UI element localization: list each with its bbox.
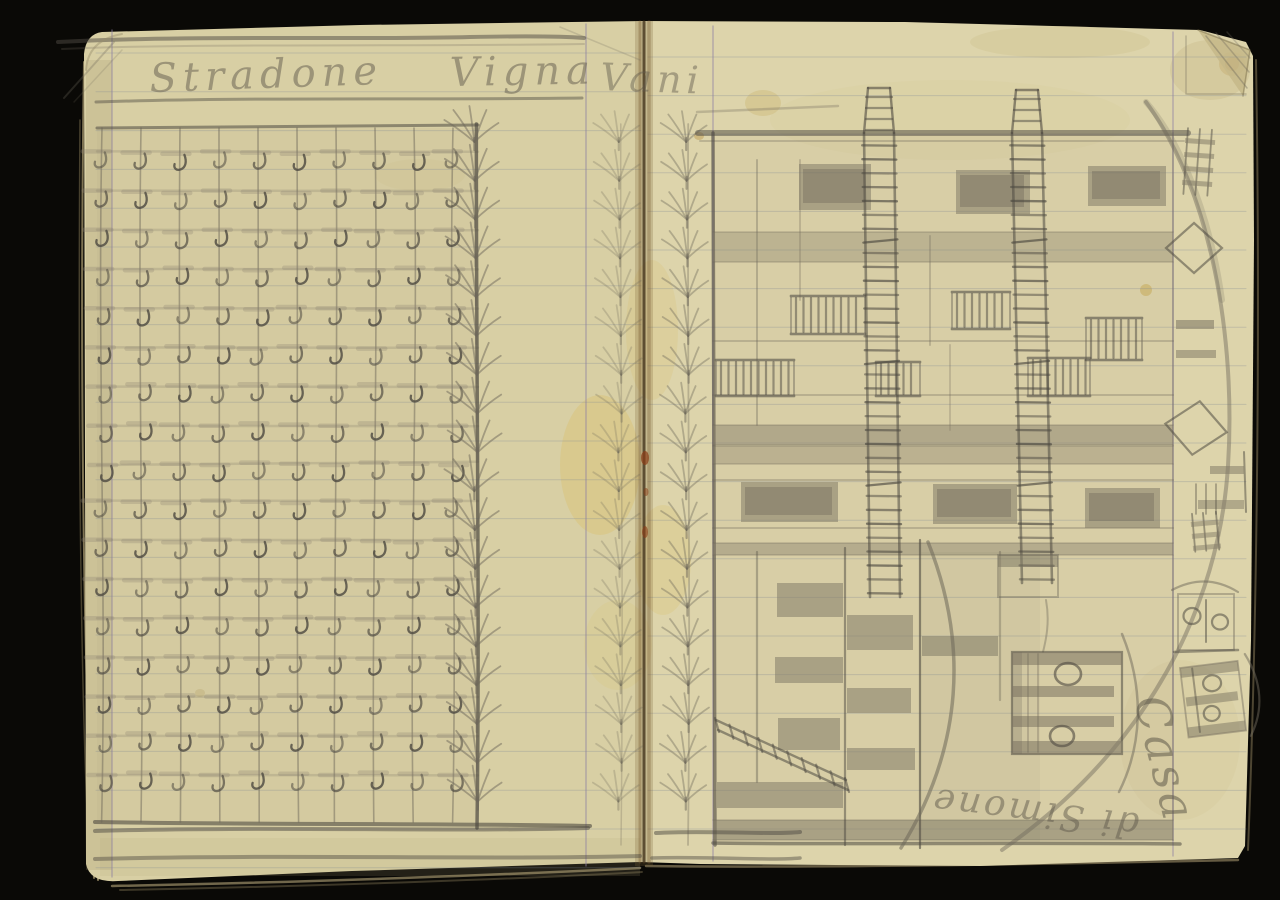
notebook-spread: Stradone Vigna Vani Casa di Simone — [0, 0, 1280, 900]
bracket-bar — [1198, 500, 1244, 509]
dark-rect-core — [1092, 171, 1160, 199]
inscription-vani: Vani — [600, 55, 705, 103]
checker-dark-rect — [775, 657, 843, 683]
checker-dark-rect — [847, 748, 915, 770]
dark-rect-core — [937, 489, 1011, 517]
checker-dark-rect — [717, 782, 843, 808]
trellis-beam — [713, 446, 1173, 464]
inscription-stradone: Stradone — [149, 48, 384, 102]
trellis-beam — [713, 425, 1173, 445]
margin-bar — [1176, 320, 1214, 329]
dark-rect-core — [1089, 493, 1154, 521]
checker-dark-rect — [777, 583, 843, 617]
dark-rect-core — [803, 169, 865, 203]
top-edge-stain — [970, 26, 1150, 58]
house-shade — [1012, 652, 1022, 754]
bottom-stroke — [652, 858, 800, 859]
dark-rect-core — [745, 487, 832, 515]
bracket-bar — [1210, 466, 1244, 474]
inscription-vigna: Vigna — [449, 47, 596, 96]
gutter-rust — [644, 488, 649, 496]
sketch-root — [0, 0, 1280, 900]
bottom-stroke — [656, 832, 800, 833]
margin-bar — [1176, 350, 1216, 358]
notebook-scan: Stradone Vigna Vani Casa di Simone — [0, 0, 1280, 900]
gutter-rust — [642, 526, 648, 538]
checker-dark-rect — [778, 718, 840, 750]
checker-dark-rect — [847, 615, 913, 650]
bottom-stroke — [95, 856, 640, 859]
checker-dark-rect — [847, 688, 911, 713]
gutter-rust — [641, 451, 649, 465]
bottom-stroke — [95, 828, 588, 831]
trellis-beam — [713, 232, 1173, 262]
